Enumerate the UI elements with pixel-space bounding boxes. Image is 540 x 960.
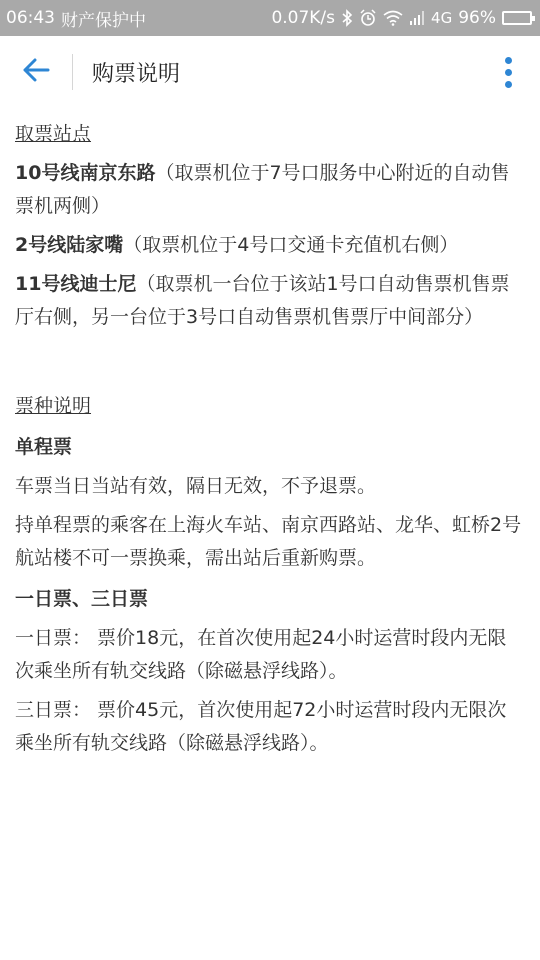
- paragraph: 车票当日当站有效，隔日无效，不予退票。: [15, 470, 525, 503]
- subheading-single-ticket: 单程票: [15, 431, 525, 464]
- section-title-pickup: 取票站点: [15, 118, 525, 151]
- content: 取票站点 10号线南京东路（取票机位于7号口服务中心附近的自动售票机两侧） 2号…: [0, 108, 540, 760]
- section-title-ticket-types: 票种说明: [15, 390, 525, 423]
- status-time: 06:43: [6, 8, 55, 28]
- back-button[interactable]: [0, 36, 72, 108]
- paragraph: 一日票： 票价18元，在首次使用起24小时运营时段内无限次乘坐所有轨交线路（除磁…: [15, 622, 525, 688]
- arrow-left-icon: [22, 58, 50, 86]
- status-notification: 财产保护中: [61, 6, 146, 31]
- app-bar: 购票说明: [0, 36, 540, 108]
- station-detail: （取票机位于4号口交通卡充值机右侧）: [123, 234, 458, 256]
- pickup-station-item: 2号线陆家嘴（取票机位于4号口交通卡充值机右侧）: [15, 229, 525, 262]
- network-type: 4G: [431, 9, 452, 27]
- paragraph: 三日票： 票价45元，首次使用起72小时运营时段内无限次乘坐所有轨交线路（除磁悬…: [15, 694, 525, 760]
- wifi-icon: [383, 10, 403, 26]
- net-speed: 0.07K/s: [271, 8, 335, 28]
- signal-icon: [409, 10, 425, 26]
- station-name: 10号线南京东路: [15, 162, 155, 184]
- alarm-icon: [359, 9, 377, 27]
- battery-icon: [502, 11, 532, 25]
- appbar-divider: [72, 54, 73, 90]
- status-bar: 06:43 财产保护中 0.07K/s 4G 96%: [0, 0, 540, 36]
- more-vertical-icon: [505, 57, 512, 64]
- more-vertical-icon-dot: [505, 69, 512, 76]
- station-name: 11号线迪士尼: [15, 273, 136, 295]
- station-name: 2号线陆家嘴: [15, 234, 123, 256]
- battery-percent: 96%: [458, 8, 496, 28]
- paragraph: 持单程票的乘客在上海火车站、南京西路站、龙华、虹桥2号航站楼不可一票换乘，需出站…: [15, 509, 525, 575]
- subheading-day-ticket: 一日票、三日票: [15, 583, 525, 616]
- more-vertical-icon-dot: [505, 81, 512, 88]
- more-options-button[interactable]: [498, 52, 518, 92]
- page-title: 购票说明: [92, 57, 180, 88]
- pickup-station-item: 11号线迪士尼（取票机一台位于该站1号口自动售票机售票厅右侧，另一台位于3号口自…: [15, 268, 525, 334]
- bluetooth-icon: [341, 9, 353, 27]
- pickup-station-item: 10号线南京东路（取票机位于7号口服务中心附近的自动售票机两侧）: [15, 157, 525, 223]
